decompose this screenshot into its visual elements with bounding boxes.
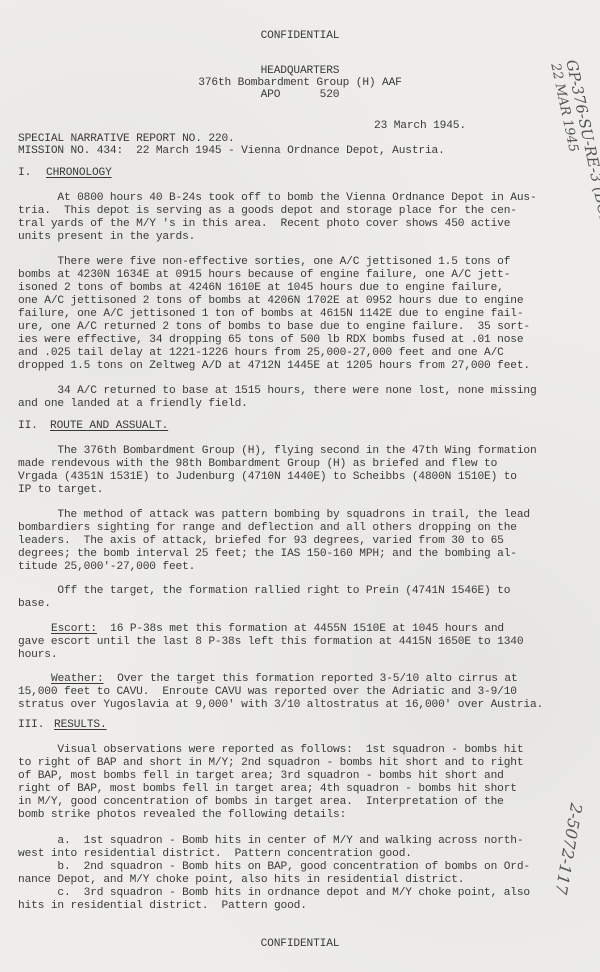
text-line: one A/C jettisoned 2 tons of bombs at 42… [18, 295, 523, 308]
text-line: The 376th Bombardment Group (H), flying … [18, 445, 537, 458]
result-item-a: a. 1st squadron - Bomb hits in center of… [18, 835, 523, 848]
text-line: Visual observations were reported as fol… [18, 744, 523, 757]
text-line: 34 A/C returned to base at 1515 hours, t… [18, 385, 537, 398]
text-line: failure, one A/C jettisoned 1 ton of bom… [18, 308, 523, 321]
text-line: ure, one A/C returned 2 tons of bombs to… [18, 321, 530, 334]
section-route-title: ROUTE AND ASSUALT. [50, 420, 168, 433]
mission-line: MISSION NO. 434: 22 March 1945 - Vienna … [18, 145, 445, 158]
margin-annotation-doc-number: 2-5072-117 [551, 802, 586, 896]
section-results-title: RESULTS. [54, 719, 107, 732]
section-route-number: II. [18, 420, 38, 433]
text-line: and one landed at a friendly field. [18, 398, 248, 411]
weather-label: Weather: [51, 673, 104, 686]
text-line: to right of BAP and short in M/Y; 2nd sq… [18, 757, 523, 770]
result-item-c: c. 3rd squadron - Bomb hits in ordnance … [18, 887, 530, 900]
text-line: hits in residential district. Pattern go… [18, 900, 307, 913]
text-line: titude 25,000'-27,000 feet. [18, 561, 195, 574]
text-line: ies were effective, 34 dropping 65 tons … [18, 334, 523, 347]
text-line: isoned 2 tons of bombs at 4246N 1610E at… [18, 282, 504, 295]
text-line: Over the target this formation reported … [104, 673, 518, 686]
text-line: bombardiers sighting for range and defle… [18, 522, 517, 535]
section-chronology-number: I. [18, 167, 31, 180]
text-line: dropped 1.5 tons on Zeltweg A/D at 4712N… [18, 360, 530, 373]
text-line: The method of attack was pattern bombing… [18, 509, 530, 522]
text-line: 15,000 feet to CAVU. Enroute CAVU was re… [18, 686, 517, 699]
text-line: made rendevous with the 98th Bombardment… [18, 458, 497, 471]
classification-top: CONFIDENTIAL [0, 30, 600, 43]
text-line: IP to target. [18, 484, 103, 497]
escort-label: Escort: [51, 623, 97, 636]
text-line: bombs at 4230N 1634E at 0915 hours becau… [18, 269, 510, 282]
text-line: tral yards of the M/Y 's in this area. R… [18, 218, 510, 231]
text-line: At 0800 hours 40 B-24s took off to bomb … [18, 192, 537, 205]
text-line: leaders. The axis of attack, briefed for… [18, 535, 504, 548]
text-line: gave escort until the last 8 P-38s left … [18, 636, 523, 649]
section-results-number: III. [18, 719, 44, 732]
text-line: west into residential district. Pattern … [18, 848, 412, 861]
text-line: of BAP, most bombs fell in target area; … [18, 770, 504, 783]
text-line: Vrgada (4351N 1531E) to Judenburg (4710N… [18, 471, 517, 484]
section-chronology-title: CHRONOLOGY [46, 167, 112, 180]
text-line: and .025 tail delay at 1221-1226 hours f… [18, 347, 504, 360]
text-line: hours. [18, 649, 57, 662]
text-line: right of BAP, most bombs fell in target … [18, 783, 517, 796]
text-line: bomb strike photos revealed the followin… [18, 809, 346, 822]
text-line: 16 P-38s met this formation at 4455N 151… [97, 623, 504, 636]
text-line: stratus over Yugoslavia at 9,000' with 3… [18, 699, 543, 712]
text-line: There were five non-effective sorties, o… [18, 256, 510, 269]
text-line: units present in the yards. [18, 231, 195, 244]
org-apo: APO 520 [0, 89, 600, 102]
text-line: nance Depot, and M/Y choke point, also h… [18, 874, 464, 887]
text-line: tria. This depot is serving as a goods d… [18, 205, 517, 218]
classification-bottom: CONFIDENTIAL [0, 938, 600, 951]
result-item-b: b. 2nd squadron - Bomb hits on BAP, good… [18, 861, 530, 874]
text-line: degrees; the bomb interval 25 feet; the … [18, 548, 517, 561]
text-line: Off the target, the formation rallied ri… [18, 585, 510, 598]
text-line: base. [18, 598, 51, 611]
text-line: in M/Y, good concentration of bombs in t… [18, 796, 504, 809]
report-date: 23 March 1945. [374, 120, 466, 133]
document-page: CONFIDENTIAL HEADQUARTERS 376th Bombardm… [0, 0, 600, 972]
